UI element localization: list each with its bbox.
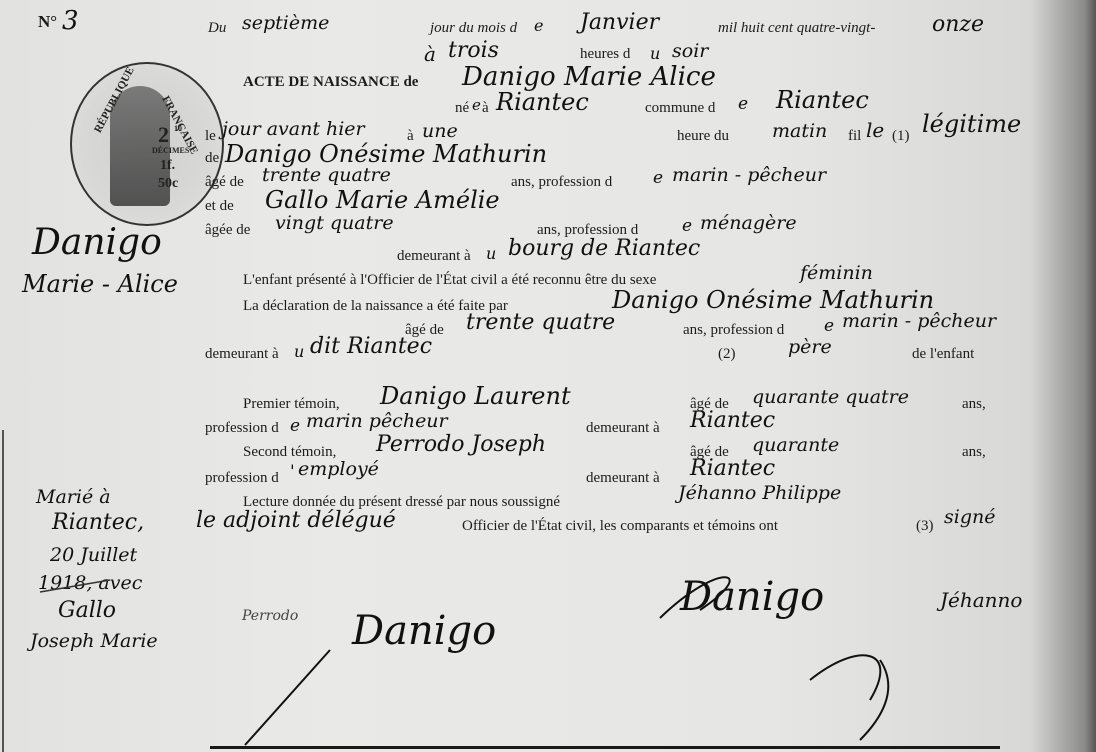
fil-suffix: le	[866, 118, 884, 142]
year-printed: mil huit cent quatre-vingt-	[718, 20, 875, 37]
legitimacy-status: légitime	[922, 110, 1021, 138]
father-profession-label: ans, profession d	[511, 174, 612, 191]
witness-2-residence-label: demeurant à	[586, 470, 660, 487]
officer-name: Jéhanno Philippe	[678, 482, 841, 504]
marginal-note-line-5: Gallo	[58, 598, 116, 623]
birth-hour: une	[422, 120, 458, 142]
note-2: (2)	[718, 346, 736, 363]
a-label: à	[424, 42, 436, 66]
father-age: trente quatre	[262, 164, 391, 186]
declarant-residence: dit Riantec	[310, 334, 432, 359]
commune-prefix: e	[738, 94, 748, 114]
witness-2-profession-label: profession d	[205, 470, 279, 487]
mother-name: Gallo Marie Amélie	[265, 186, 500, 214]
witness-2-age: quarante	[752, 434, 839, 456]
witness-2-prof-prefix: '	[290, 462, 295, 482]
margin-given-names: Marie - Alice	[22, 270, 178, 298]
mother-profession: ménagère	[700, 212, 797, 234]
commune-label: commune d	[645, 100, 715, 117]
heure-du-label: heure du	[677, 128, 729, 145]
marginal-note-line-3: 20 Juillet	[50, 544, 137, 566]
witness-1-prof-prefix: e	[290, 416, 300, 436]
et-de-label: et de	[205, 198, 234, 215]
witness-2-residence: Riantec	[690, 456, 775, 481]
signed-status: signé	[944, 506, 995, 528]
bottom-rule	[210, 746, 1000, 749]
signature-jehanno: Jéhanno	[940, 588, 1022, 612]
de-lenfant-label: de l'enfant	[912, 346, 974, 363]
year-handwritten: onze	[932, 12, 984, 37]
marginal-note-line-6: Joseph Marie	[30, 630, 158, 652]
witness-2-name: Perrodo Joseph	[376, 432, 546, 457]
mother-age-label: âgée de	[205, 222, 250, 239]
father-age-label: âgé de	[205, 174, 244, 191]
stamp-decimes: DÉCIMES	[152, 146, 189, 155]
witness-1-name: Danigo Laurent	[380, 382, 571, 410]
a-birthplace-label: à	[482, 100, 489, 117]
note-1: (1)	[892, 128, 910, 145]
ne-suffix: e	[472, 96, 481, 114]
declarant-relation: père	[788, 336, 832, 358]
declarant-residence-prefix: u	[294, 342, 304, 361]
record-number-label: N°	[38, 12, 57, 32]
signature-danigo-1: Danigo	[352, 608, 496, 654]
heures-label: heures d	[580, 46, 630, 63]
declarant-age: trente quatre	[466, 310, 615, 335]
hour-of-birth-record: trois	[448, 38, 499, 63]
record-number: 3	[62, 6, 79, 36]
jour-du-mois-label: jour du mois d	[430, 20, 517, 37]
witness-1-residence: Riantec	[690, 408, 775, 433]
declarant-profession-label: ans, profession d	[683, 322, 784, 339]
officier-line: Officier de l'État civil, les comparants…	[462, 518, 778, 535]
child-sex: féminin	[800, 262, 873, 284]
presentation-line: L'enfant présenté à l'Officier de l'État…	[243, 272, 656, 289]
stamp-value-frac: 10	[174, 124, 182, 133]
month-prefix: e	[534, 16, 543, 35]
declarant-prof-prefix: e	[824, 316, 834, 336]
mother-residence-prefix: u	[486, 244, 496, 263]
officer-role: le adjoint délégué	[196, 508, 396, 533]
birth-place: Riantec	[496, 88, 589, 116]
de-label: de	[205, 150, 219, 167]
day-of-month: septième	[242, 12, 329, 34]
fiscal-stamp: RÉPUBLIQUE FRANÇAISE 2 10 DÉCIMES 1f. 50…	[70, 62, 224, 226]
marginal-note-line-2: Riantec,	[52, 510, 144, 535]
birth-day: jour avant hier	[222, 118, 365, 140]
mother-residence: bourg de Riantec	[508, 236, 700, 261]
left-edge-rule	[2, 430, 4, 752]
act-title: ACTE DE NAISSANCE de	[243, 74, 418, 91]
marginal-note-line-1: Marié à	[36, 486, 111, 508]
mother-age: vingt quatre	[275, 212, 394, 234]
period-of-day: soir	[672, 40, 708, 62]
fil-label: fil	[848, 128, 861, 145]
birth-period: matin	[772, 120, 827, 142]
witness-1-profession-label: profession d	[205, 420, 279, 437]
witness-2-profession: employé	[298, 458, 379, 480]
le-label: le	[205, 128, 216, 145]
father-prof-prefix: e	[653, 168, 663, 188]
father-profession: marin - pêcheur	[672, 164, 826, 186]
witness-1-profession: marin pêcheur	[306, 410, 448, 432]
stamp-value-2: 2	[158, 122, 169, 148]
witness-2-ans: ans,	[962, 444, 986, 461]
declarant-residence-label: demeurant à	[205, 346, 279, 363]
note-3: (3)	[916, 518, 934, 535]
signature-danigo-2: Danigo	[680, 574, 824, 620]
declarant-profession: marin - pêcheur	[842, 310, 996, 332]
signature-perrodo: Perrodo	[242, 608, 298, 624]
ne-label: né	[455, 100, 469, 117]
commune-name: Riantec	[776, 86, 869, 114]
month: Janvier	[580, 10, 659, 35]
stamp-value-franc: 1f.	[160, 158, 175, 174]
stamp-value-cent: 50c	[158, 176, 178, 192]
witness-1-age: quarante quatre	[752, 386, 909, 408]
mother-residence-label: demeurant à	[397, 248, 471, 265]
witness-1-ans: ans,	[962, 396, 986, 413]
witness-1-residence-label: demeurant à	[586, 420, 660, 437]
marginal-note-line-4: 1918, avec	[38, 572, 142, 594]
du-label: Du	[208, 20, 226, 37]
margin-surname: Danigo	[32, 222, 162, 263]
mother-prof-prefix: e	[682, 216, 692, 236]
heures-suffix: u	[650, 44, 660, 63]
